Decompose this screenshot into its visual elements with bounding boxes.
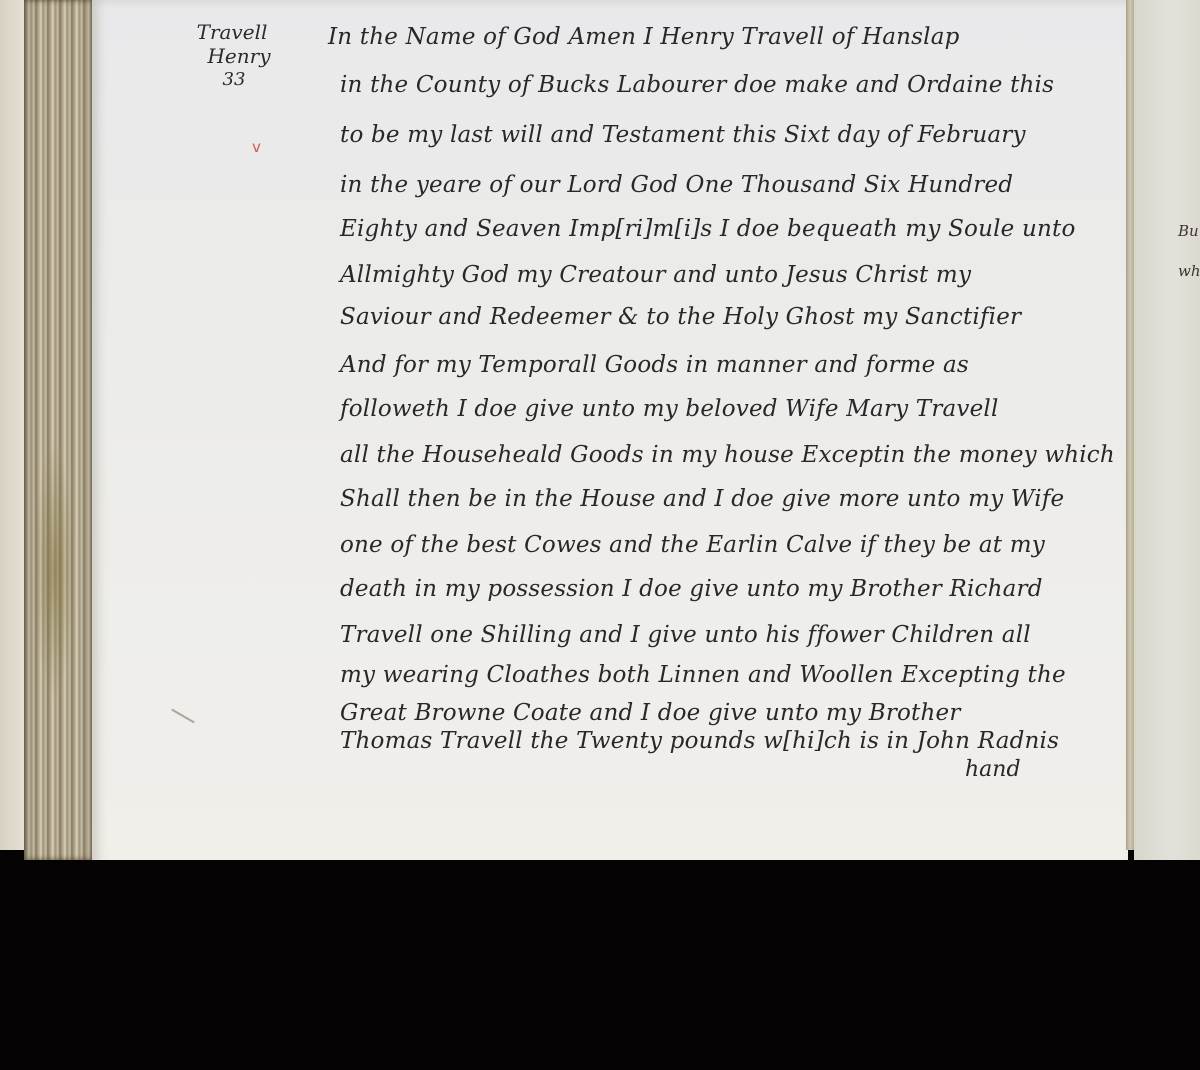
will-line: Travell one Shilling and I give unto his…: [340, 622, 1031, 648]
will-line: Eighty and Seaven Imp[ri]m[i]s I doe beq…: [340, 216, 1076, 242]
will-line: in the County of Bucks Labourer doe make…: [340, 72, 1054, 98]
facing-page: Bu wh: [1134, 0, 1200, 860]
will-line: Saviour and Redeemer & to the Holy Ghost…: [340, 304, 1021, 330]
will-line: Allmighty God my Creatour and unto Jesus…: [340, 262, 971, 288]
will-line: in the yeare of our Lord God One Thousan…: [340, 172, 1013, 198]
will-line: to be my last will and Testament this Si…: [340, 122, 1026, 148]
red-tick-mark: v: [252, 140, 261, 155]
book-gutter: [1126, 0, 1134, 850]
facing-page-fragment: wh: [1178, 262, 1200, 280]
margin-surname: Travell: [174, 20, 290, 44]
margin-note: Travell Henry 33: [180, 20, 290, 92]
will-final-word: hand: [965, 757, 1021, 782]
dark-background: [0, 860, 1200, 1070]
will-line: all the Househeald Goods in my house Exc…: [340, 442, 1115, 468]
will-line: And for my Temporall Goods in manner and…: [340, 352, 969, 378]
will-line: Shall then be in the House and I doe giv…: [340, 486, 1064, 512]
manuscript-photo: Bu wh Travell Henry 33 v In the Name of …: [0, 0, 1200, 1070]
book-page-edges: [24, 0, 94, 860]
previous-page-edge: [0, 0, 26, 850]
margin-entry-number: 33: [178, 68, 290, 92]
will-line: death in my possession I doe give unto m…: [340, 576, 1043, 602]
will-line: followeth I doe give unto my beloved Wif…: [340, 396, 999, 422]
will-line: In the Name of God Amen I Henry Travell …: [328, 24, 960, 50]
facing-page-fragment: Bu: [1178, 222, 1199, 240]
margin-given-name: Henry: [188, 44, 290, 68]
will-line: my wearing Cloathes both Linnen and Wool…: [340, 662, 1066, 688]
will-line: Great Browne Coate and I doe give unto m…: [340, 700, 961, 726]
will-line: one of the best Cowes and the Earlin Cal…: [340, 532, 1045, 558]
will-line: Thomas Travell the Twenty pounds w[hi]ch…: [340, 728, 1059, 754]
